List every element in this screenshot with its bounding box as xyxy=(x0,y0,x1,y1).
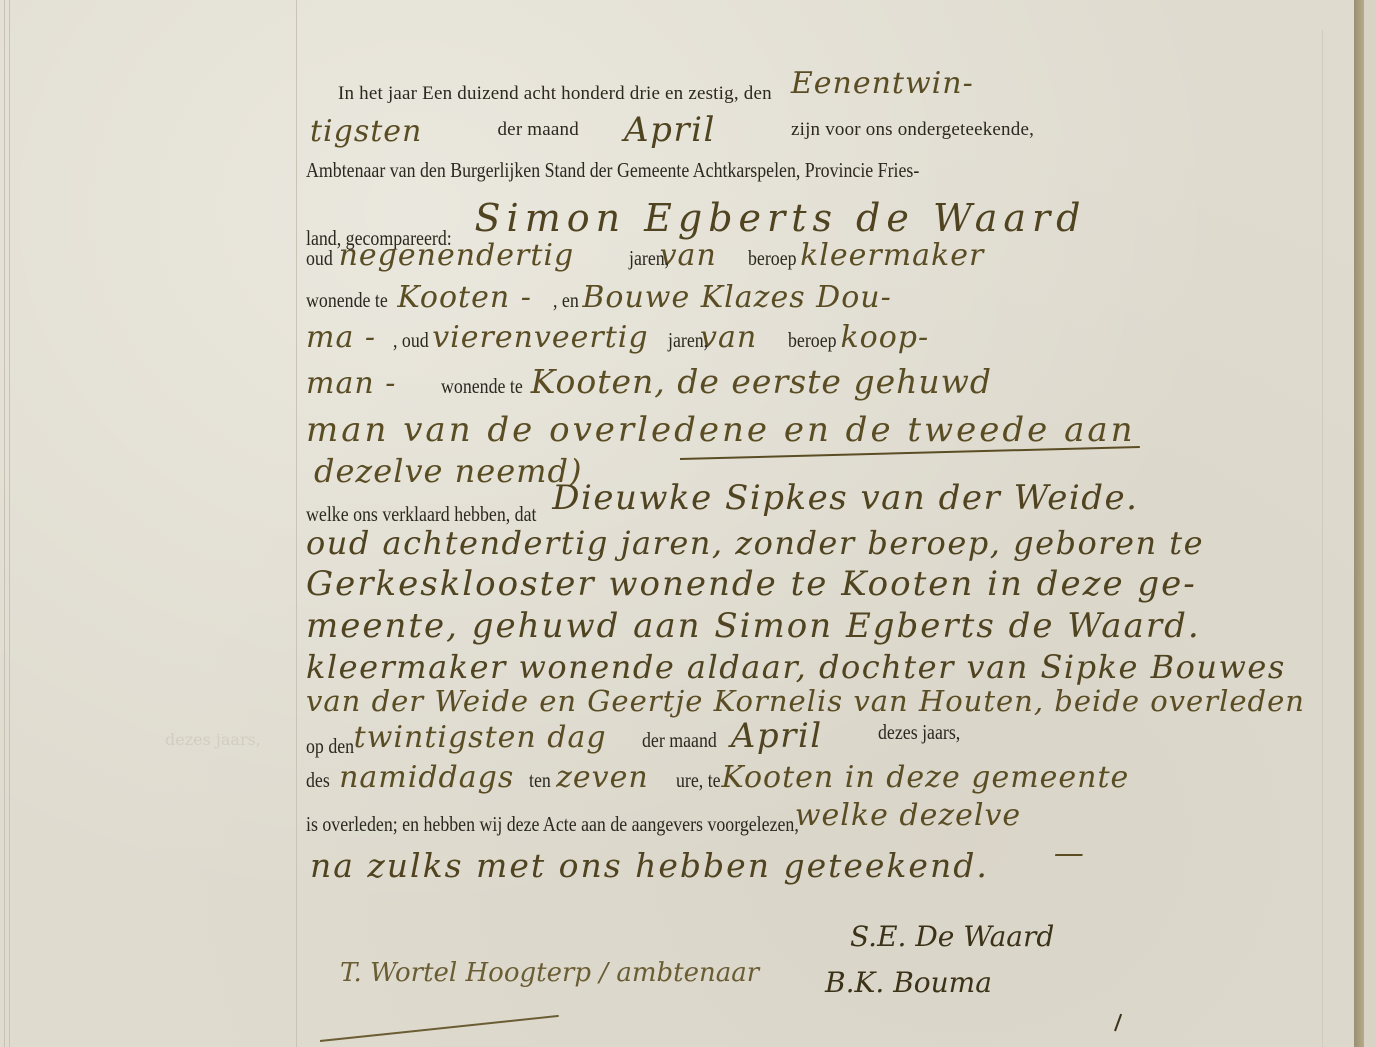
record-line-9: man van de overledene en de tweede aan xyxy=(306,410,1136,450)
handwritten-text: April xyxy=(731,716,823,756)
handwritten-text: kleermaker xyxy=(800,238,984,273)
printed-text: ten xyxy=(529,768,551,793)
right-margin-rule xyxy=(1322,30,1323,1047)
printed-text: In het jaar Een duizend acht honderd dri… xyxy=(338,83,772,104)
printed-text: wonende te xyxy=(306,288,388,313)
document-page: dezes jaars, In het jaar Een duizend ach… xyxy=(0,0,1376,1047)
adjacent-page-edge xyxy=(1364,0,1376,1047)
margin-rule xyxy=(296,0,297,1047)
printed-text: wonende te xyxy=(441,374,523,399)
record-line-6: wonende te Kooten - , en Bouwe Klazes Do… xyxy=(306,280,892,315)
printed-text: der maand xyxy=(642,728,717,753)
handwritten-text: man - xyxy=(306,366,396,401)
record-line-4: land, gecompareerd: Simon Egberts de Waa… xyxy=(306,196,1087,240)
handwritten-text: April xyxy=(624,110,716,150)
bleed-through-text: dezes jaars, xyxy=(165,730,261,749)
signature-aangever-1: S.E. De Waard xyxy=(850,920,1054,953)
record-line-7: ma - , oud vierenveertig jaren, van bero… xyxy=(306,320,929,355)
printed-text: oud xyxy=(306,246,333,271)
record-line-11: welke ons verklaard hebben, dat Dieuwke … xyxy=(306,478,1138,518)
record-line-16: van der Weide en Geertje Kornelis van Ho… xyxy=(306,684,1305,718)
handwritten-text: oud achtendertig jaren, zonder beroep, g… xyxy=(306,524,1204,562)
signature-flourish xyxy=(320,1015,559,1042)
handwritten-text: Kooten in deze gemeente xyxy=(721,760,1129,795)
page-edge xyxy=(1354,0,1364,1047)
printed-text: zijn voor ons ondergeteekende, xyxy=(791,119,1034,140)
handwritten-text: tigsten xyxy=(310,114,422,149)
record-line-14: meente, gehuwd aan Simon Egberts de Waar… xyxy=(306,606,1201,646)
signature-aangever-2: B.K. Bouma xyxy=(825,966,992,999)
record-line-17: op den twintigsten dag der maand April d… xyxy=(306,716,974,756)
handwritten-text: Gerkesklooster wonende te Kooten in deze… xyxy=(306,564,1197,604)
record-line-1: In het jaar Een duizend acht honderd dri… xyxy=(338,72,974,107)
record-line-12: oud achtendertig jaren, zonder beroep, g… xyxy=(306,524,1204,562)
printed-text: is overleden; en hebben wij deze Acte aa… xyxy=(306,812,799,837)
record-line-2: tigsten der maand April zijn voor ons on… xyxy=(310,110,1034,150)
handwritten-text: welke dezelve xyxy=(795,798,1021,833)
handwritten-text: koop- xyxy=(840,320,929,355)
handwritten-text: van xyxy=(700,320,757,355)
printed-text: ure, te xyxy=(676,768,721,793)
record-line-3: Ambtenaar van den Burgerlijken Stand der… xyxy=(306,158,1028,183)
handwritten-text: Simon Egberts de Waard xyxy=(475,196,1087,240)
record-line-15: kleermaker wonende aldaar, dochter van S… xyxy=(306,648,1286,686)
handwritten-text: vierenveertig xyxy=(432,320,648,355)
printed-text: jaren, xyxy=(629,246,669,271)
printed-text: op den xyxy=(306,734,354,759)
handwritten-text: zeven xyxy=(556,760,649,795)
printed-text: der maand xyxy=(497,119,578,140)
printed-text: Ambtenaar van den Burgerlijken Stand der… xyxy=(306,158,919,183)
handwritten-text: negenendertig xyxy=(339,238,575,273)
handwritten-text: kleermaker wonende aldaar, dochter van S… xyxy=(306,648,1286,686)
record-line-13: Gerkesklooster wonende te Kooten in deze… xyxy=(306,564,1197,604)
handwritten-text: meente, gehuwd aan Simon Egberts de Waar… xyxy=(306,606,1201,646)
printed-text: , oud xyxy=(393,328,429,353)
printed-text: , en xyxy=(553,288,579,313)
handwritten-text: Dieuwke Sipkes van der Weide. xyxy=(552,478,1138,518)
record-line-8: man - wonende te Kooten, de eerste gehuw… xyxy=(306,362,992,401)
handwritten-text: Eenentwin- xyxy=(791,66,974,101)
record-line-20: na zulks met ons hebben geteekend. — xyxy=(310,846,1085,885)
record-line-19: is overleden; en hebben wij deze Acte aa… xyxy=(306,804,1021,839)
binding-line xyxy=(4,0,5,1047)
printed-text: dezes jaars, xyxy=(878,720,960,745)
signature-stroke xyxy=(1114,1014,1122,1032)
handwritten-text: van der Weide en Geertje Kornelis van Ho… xyxy=(306,684,1305,718)
printed-text: jaren, xyxy=(668,328,708,353)
printed-text: beroep xyxy=(788,328,837,353)
handwritten-text: man van de overledene en de tweede aan xyxy=(306,410,1136,450)
handwritten-text: twintigsten dag xyxy=(354,720,607,755)
printed-text: beroep xyxy=(748,246,797,271)
handwritten-text: ma - xyxy=(306,320,376,355)
printed-text: des xyxy=(306,768,330,793)
handwritten-text: Bouwe Klazes Dou- xyxy=(582,280,891,315)
handwritten-text: Kooten - xyxy=(397,280,532,315)
handwritten-text: Kooten, de eerste gehuwd xyxy=(531,362,992,401)
signature-ambtenaar: T. Wortel Hoogterp / ambtenaar xyxy=(340,958,759,988)
record-line-18: des namiddags ten zeven ure, te Kooten i… xyxy=(306,760,1129,795)
handwritten-text: na zulks met ons hebben geteekend. xyxy=(310,846,989,885)
record-line-5: oud negenendertig jaren, van beroep klee… xyxy=(306,238,984,273)
dash-stroke: — xyxy=(1054,836,1085,871)
handwritten-text: namiddags xyxy=(339,760,514,795)
binding-line xyxy=(9,0,10,1047)
